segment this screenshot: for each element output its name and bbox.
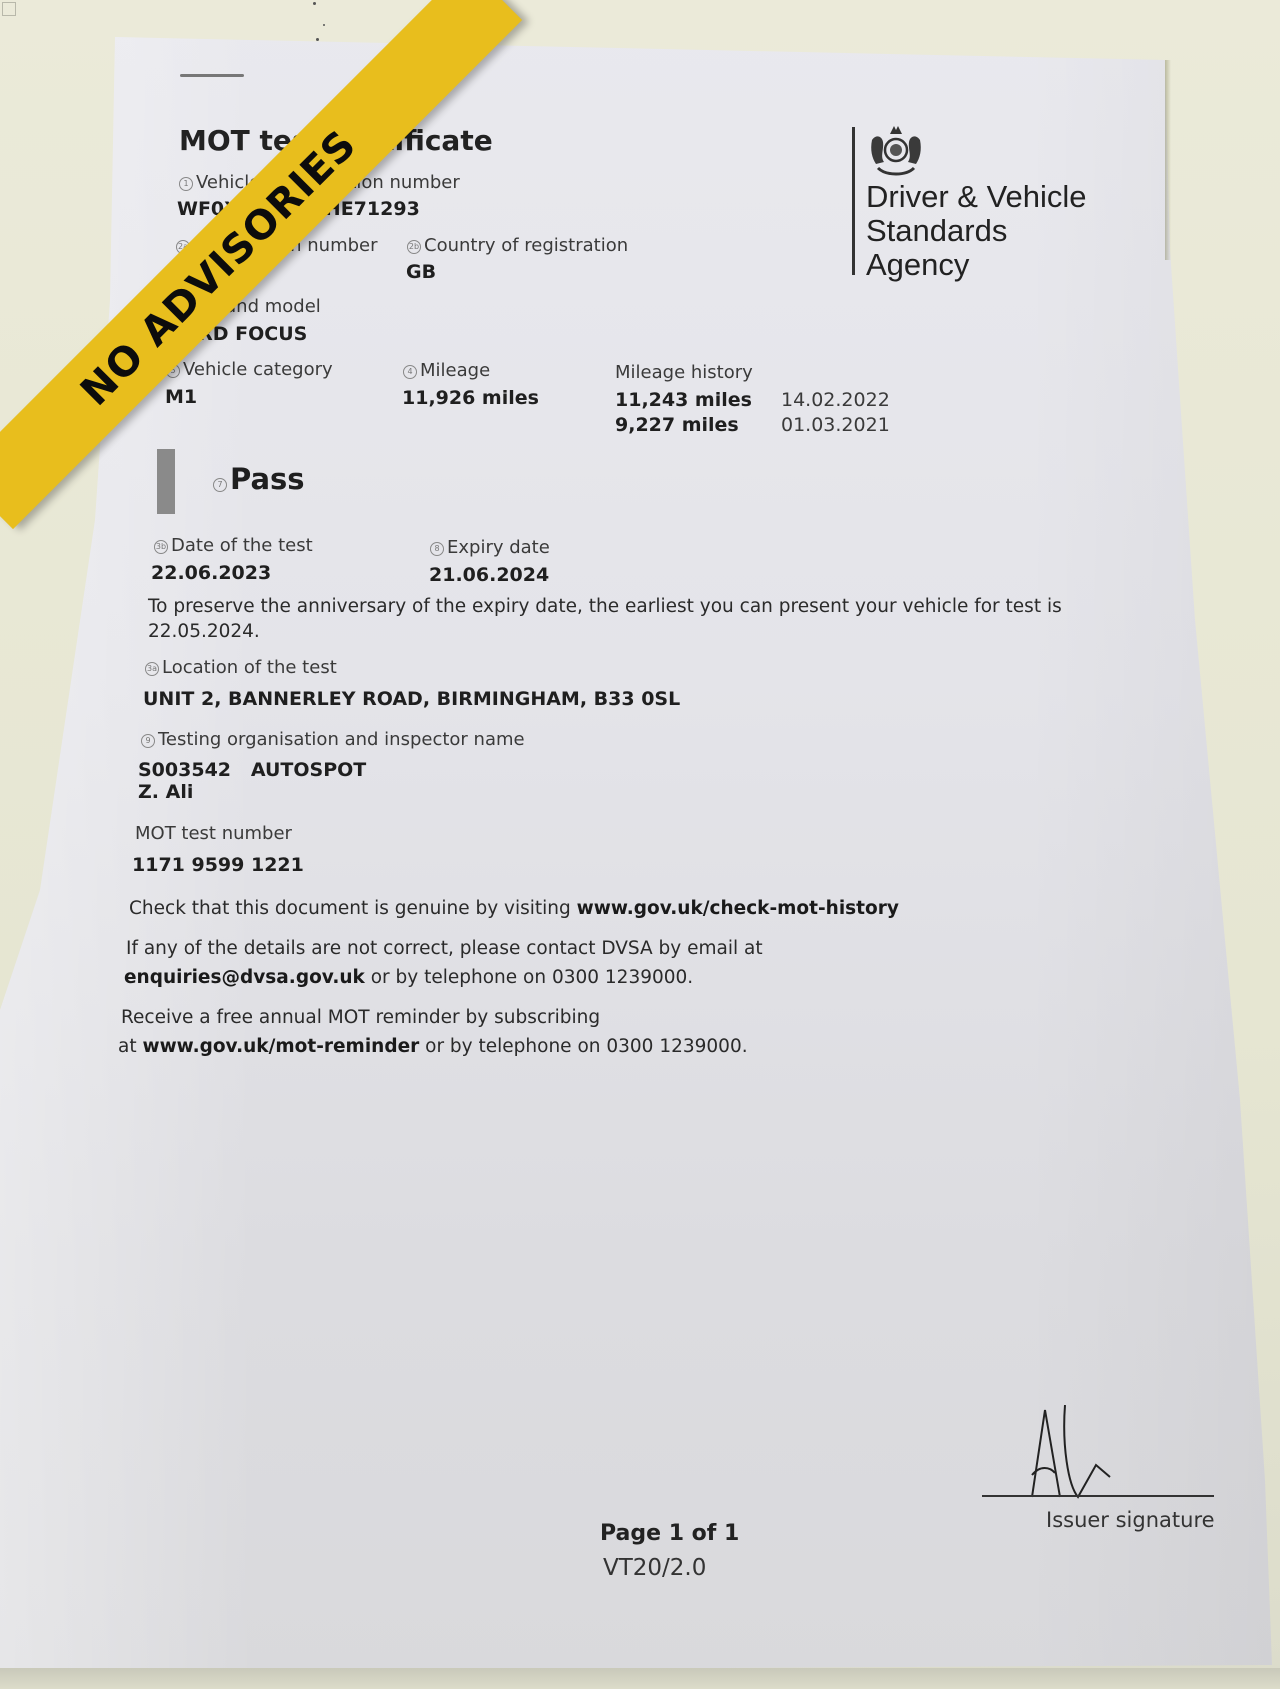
enquiries-email-link[interactable]: enquiries@dvsa.gov.uk [124, 967, 365, 988]
test-date-value: 22.06.2023 [151, 562, 271, 584]
field-number-icon: 3b [154, 540, 168, 554]
signature-label: Issuer signature [1046, 1508, 1215, 1532]
mileage-label: 4Mileage [403, 360, 490, 381]
organisation-label: 9Testing organisation and inspector name [141, 729, 525, 750]
organisation-value: S003542 AUTOSPOT [138, 759, 366, 781]
paper-edge-shadow [1165, 60, 1171, 260]
mileage-history-miles: 11,243 miles [615, 389, 752, 411]
country-value: GB [406, 261, 436, 283]
field-number-icon: 1 [179, 177, 193, 191]
agency-name: Driver & Vehicle Standards Agency [866, 180, 1087, 282]
mileage-value: 11,926 miles [402, 387, 539, 409]
agency-line: Agency [866, 248, 1087, 282]
dust-speck [316, 38, 319, 41]
inspector-name: Z. Ali [138, 781, 193, 803]
dust-speck [323, 24, 325, 26]
result-indicator-bar [157, 449, 175, 514]
category-value: M1 [165, 386, 197, 408]
test-date-label: 3bDate of the test [154, 535, 313, 556]
field-number-icon: 9 [141, 734, 155, 748]
page-number: Page 1 of 1 [600, 1521, 739, 1546]
corner-checkbox [2, 2, 16, 16]
table-edge [0, 1668, 1280, 1689]
field-number-icon: 4 [403, 365, 417, 379]
contact-line: enquiries@dvsa.gov.uk or by telephone on… [124, 967, 693, 988]
form-code: VT20/2.0 [603, 1555, 706, 1581]
reminder-text: Receive a free annual MOT reminder by su… [121, 1007, 600, 1028]
anniversary-note: To preserve the anniversary of the expir… [148, 596, 1062, 617]
test-number-value: 1171 9599 1221 [132, 854, 304, 876]
contact-text: If any of the details are not correct, p… [126, 938, 763, 959]
signature-line [982, 1495, 1214, 1497]
expiry-date-label: 8Expiry date [430, 537, 550, 558]
dust-speck [313, 2, 316, 5]
agency-line: Driver & Vehicle [866, 180, 1087, 214]
mot-reminder-link[interactable]: www.gov.uk/mot-reminder [142, 1036, 419, 1057]
check-genuine-text: Check that this document is genuine by v… [129, 898, 899, 919]
agency-line: Standards [866, 214, 1087, 248]
royal-crest-icon [866, 126, 926, 178]
location-value: UNIT 2, BANNERLEY ROAD, BIRMINGHAM, B33 … [143, 688, 680, 710]
logo-divider [852, 127, 855, 275]
top-mark [180, 74, 244, 77]
field-number-icon: 2b [407, 240, 421, 254]
expiry-date-value: 21.06.2024 [429, 564, 549, 586]
location-label: 3aLocation of the test [145, 657, 337, 678]
issuer-signature-icon [1010, 1405, 1160, 1500]
field-number-icon: 7 [213, 478, 227, 492]
mileage-history-miles: 9,227 miles [615, 414, 739, 436]
reminder-line: at www.gov.uk/mot-reminder or by telepho… [118, 1036, 748, 1057]
field-number-icon: 8 [430, 542, 444, 556]
mileage-history-date: 01.03.2021 [781, 414, 890, 436]
mileage-history-date: 14.02.2022 [781, 389, 890, 411]
field-number-icon: 3a [145, 662, 159, 676]
category-label: 5Vehicle category [166, 359, 333, 380]
country-label: 2bCountry of registration [407, 235, 628, 256]
mileage-history-label: Mileage history [615, 362, 753, 383]
result-status: 7Pass [213, 462, 305, 496]
anniversary-date: 22.05.2024. [148, 621, 260, 642]
test-number-label: MOT test number [135, 823, 292, 844]
check-mot-history-link[interactable]: www.gov.uk/check-mot-history [577, 898, 899, 919]
